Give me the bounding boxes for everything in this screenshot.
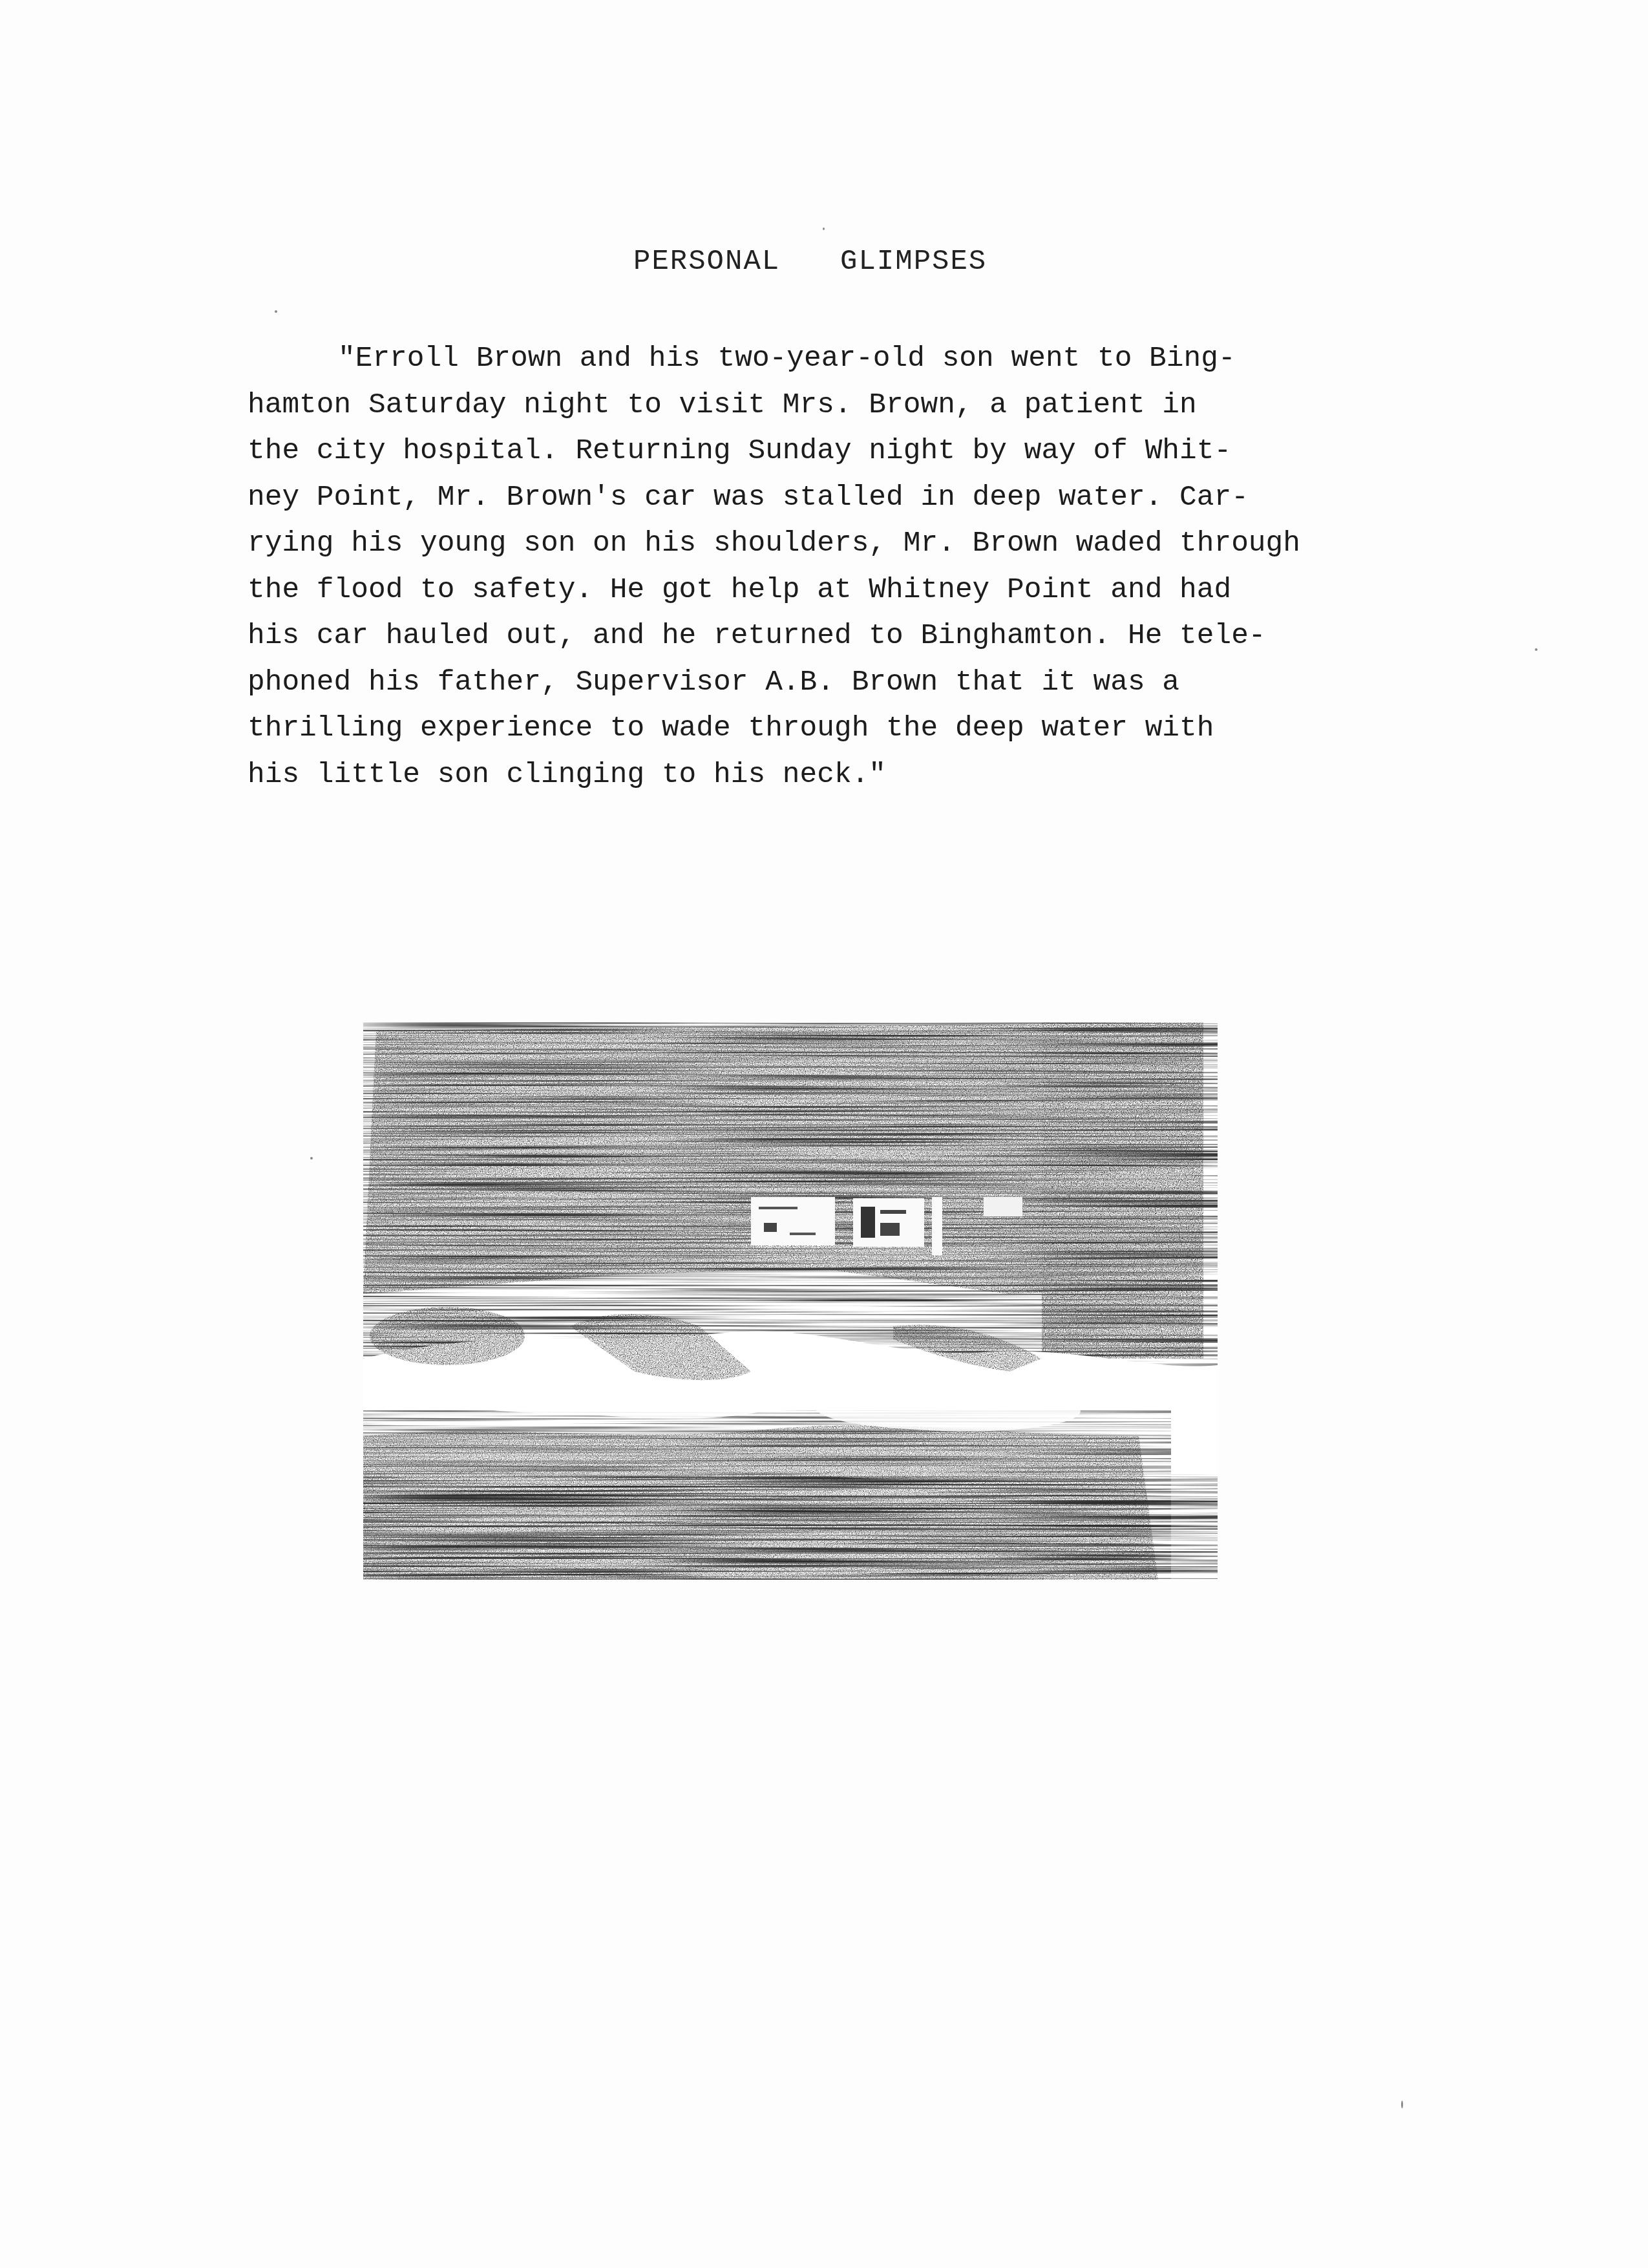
article-paragraph: "Erroll Brown and his two-year-old son w… xyxy=(248,336,1411,798)
paragraph-line: his car hauled out, and he returned to B… xyxy=(248,613,1411,660)
paragraph-line: "Erroll Brown and his two-year-old son w… xyxy=(248,336,1411,383)
paragraph-line: the flood to safety. He got help at Whit… xyxy=(248,567,1411,614)
paragraph-line: rying his young son on his shoulders, Mr… xyxy=(248,521,1411,567)
paragraph-line: ney Point, Mr. Brown's car was stalled i… xyxy=(248,475,1411,522)
scan-speck xyxy=(823,228,825,230)
paragraph-line: the city hospital. Returning Sunday nigh… xyxy=(248,429,1411,475)
scan-speck xyxy=(1535,648,1537,651)
paragraph-line: hamton Saturday night to visit Mrs. Brow… xyxy=(248,383,1411,429)
page-title: PERSONAL GLIMPSES xyxy=(633,246,987,278)
flood-photograph xyxy=(363,1023,1218,1580)
paragraph-line: thrilling experience to wade through the… xyxy=(248,706,1411,752)
paragraph-line: phoned his father, Supervisor A.B. Brown… xyxy=(248,660,1411,706)
scan-speck xyxy=(275,310,277,313)
document-page: PERSONAL GLIMPSES "Erroll Brown and his … xyxy=(0,0,1648,2268)
paragraph-line: his little son clinging to his neck." xyxy=(248,752,1411,799)
scan-speck xyxy=(1401,2101,1403,2108)
scan-speck xyxy=(310,1157,313,1160)
